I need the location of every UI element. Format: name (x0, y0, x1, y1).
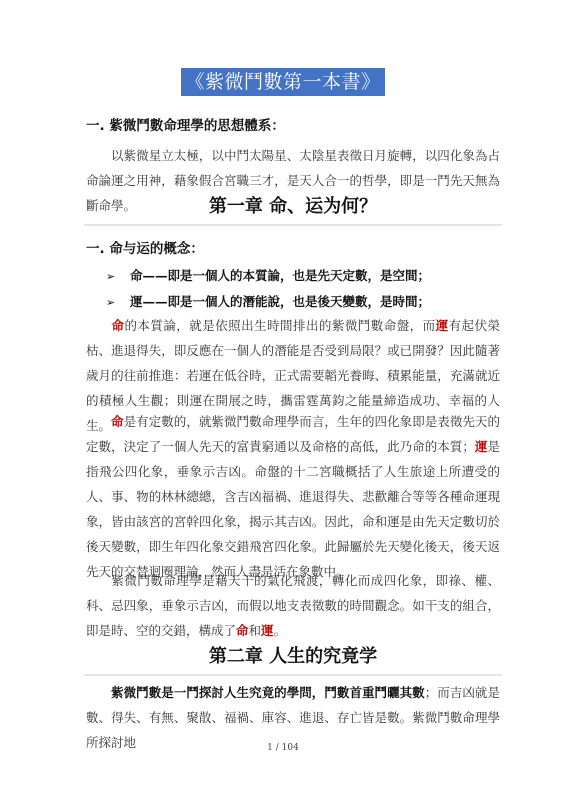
title-container: 《紫微鬥數第一本書》 (0, 68, 566, 96)
document-page: 《紫微鬥數第一本書》 一. 紫微鬥數命理學的思想體系： 以紫微星立太極，以中鬥太… (0, 0, 566, 800)
bullet-item-yun: ➢運——即是一個人的潛能說，也是後天變數，是時間； (106, 292, 430, 310)
document-title: 《紫微鬥數第一本書》 (181, 68, 384, 96)
paragraph-fixed-number: 命是有定數的，就紫微鬥數命理學而言，生年的四化象即是表徵先天的定數，決定了一個人… (86, 409, 500, 584)
paragraph-text: 紫微鬥數命理學是藉天干的氣化飛渡，轉化而成四化象，即祿、權、科、忌四象，垂象示吉… (86, 573, 500, 638)
chapter-heading-1: 第一章 命、运为何？ (84, 192, 502, 226)
emphasis-ming: 命 (236, 623, 249, 638)
paragraph-text: 是指飛公四化象，垂象示吉凶。命盤的十二宮職概括了人生旅途上所遭受的人、事、物的林… (86, 439, 500, 579)
paragraph-text: 的本質論，就是依照出生時間排出的紫微鬥數命盤，而 (124, 318, 435, 333)
emphasis-yun: 運 (261, 623, 274, 638)
arrow-bullet-icon: ➢ (106, 270, 130, 283)
emphasis-yun: 運 (475, 439, 488, 454)
paragraph-bold-lead: 紫微鬥數是一鬥探討人生究竟的學問，鬥數首重鬥曬其數 (111, 685, 425, 700)
page-number: 1 / 104 (0, 743, 566, 753)
bullet-text: 命——即是一個人的本質論，也是先天定數，是空間； (130, 268, 430, 283)
bullet-text: 運——即是一個人的潛能說，也是後天變數，是時間； (130, 294, 430, 309)
emphasis-ming: 命 (111, 318, 124, 333)
section-heading-fate-concept: 一. 命与运的概念： (86, 237, 204, 257)
paragraph-text: 。 (274, 623, 287, 638)
emphasis-ming: 命 (111, 414, 124, 429)
arrow-bullet-icon: ➢ (106, 296, 130, 309)
section-heading-thought-system: 一. 紫微鬥數命理學的思想體系： (86, 114, 285, 134)
chapter-heading-2: 第二章 人生的究竟学 (84, 642, 502, 676)
emphasis-yun: 運 (436, 318, 449, 333)
paragraph-text: 和 (249, 623, 262, 638)
paragraph-text: 是有定數的，就紫微鬥數命理學而言，生年的四化象即是表徵先天的定數，決定了一個人先… (86, 414, 500, 454)
paragraph-heavenly-stems: 紫微鬥數命理學是藉天干的氣化飛渡，轉化而成四化象，即祿、權、科、忌四象，垂象示吉… (86, 568, 500, 643)
bullet-item-ming: ➢命——即是一個人的本質論，也是先天定數，是空間； (106, 266, 430, 284)
